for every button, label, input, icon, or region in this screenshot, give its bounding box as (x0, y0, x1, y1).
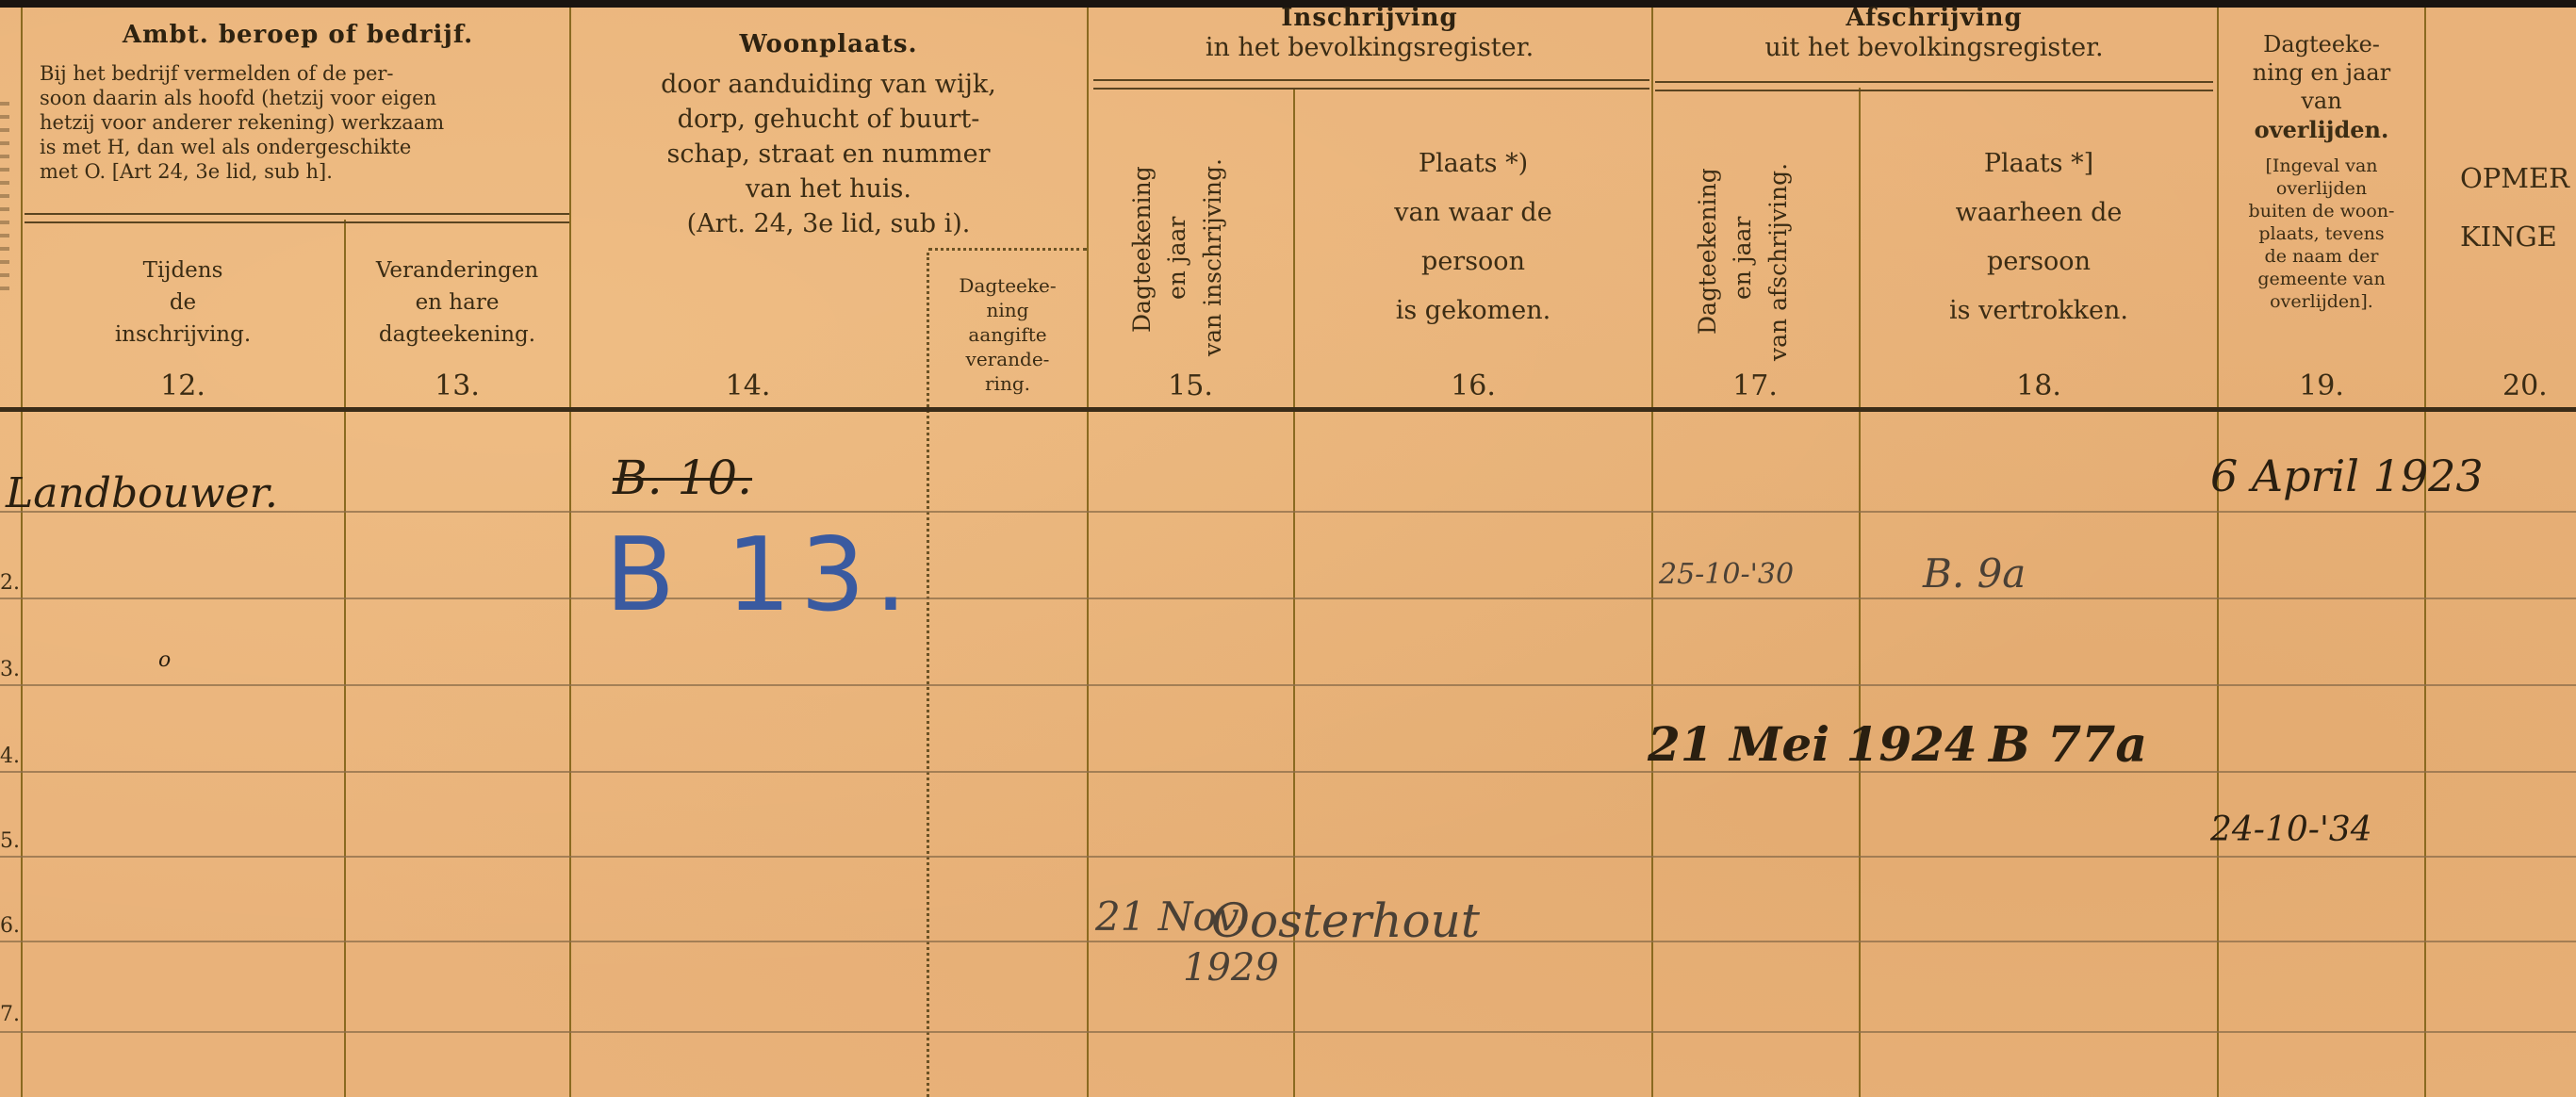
header-col-14b-line: ring. (930, 371, 1085, 396)
header-col-20-number: 20. (2502, 369, 2548, 402)
header-col-14b-line: Dagteeke- (930, 273, 1085, 298)
header-ambt-desc-2: soon daarin als hoofd (hetzij voor eigen (40, 86, 556, 110)
entry-overlijden-row5: 24-10-'34 (2210, 810, 2372, 849)
header-col-17-number: 17. (1653, 369, 1857, 403)
header-col-16-number: 16. (1295, 369, 1651, 403)
header-col-15-line-1: Dagteekening (1126, 125, 1158, 333)
header-col-13: Veranderingen en hare dagteekening. (346, 254, 568, 351)
header-col-14b-line: ning (930, 298, 1085, 322)
header-col-16-line: is gekomen. (1295, 287, 1651, 336)
row-number: 3. (0, 658, 20, 681)
header-col-12-line: de (23, 287, 343, 319)
header-col-13-line: en hare (346, 287, 568, 319)
header-col-16: Plaats *) van waar de persoon is gekomen… (1295, 139, 1651, 336)
header-col-18: Plaats *] waarheen de persoon is vertrok… (1861, 139, 2217, 336)
rule-row-7 (0, 1031, 2576, 1033)
rule-dotted-14 (927, 253, 929, 1097)
row-number: 5. (0, 829, 20, 853)
header-col-14-line: van het huis. (571, 172, 1086, 206)
header-col-17-line-3: van afschrijving. (1763, 106, 1795, 361)
header-col-16-line: Plaats *) (1295, 139, 1651, 188)
binding-edge (0, 102, 9, 300)
row-number: 4. (0, 745, 20, 768)
header-col-14-line: dorp, gehucht of buurt- (571, 102, 1086, 137)
header-afschrijving-subtitle: uit het bevolkingsregister. (1653, 33, 2215, 63)
header-col-12: Tijdens de inschrijving. (23, 254, 343, 351)
header-col-19-bold: overlijden. (2219, 115, 2424, 145)
register-page: Ambt. beroep of bedrijf. Bij het bedrijf… (0, 8, 2576, 1097)
header-col-15-line-3: van inschrijving. (1197, 106, 1229, 356)
header-col-14-line: (Art. 24, 3e lid, sub i). (571, 206, 1086, 241)
header-col-14: Woonplaats. door aanduiding van wijk, do… (571, 30, 1086, 241)
header-col-20-line: KINGE (2460, 207, 2569, 266)
entry-mark: o (158, 648, 171, 672)
entry-afschrijving-date-row2: 25-10-'30 (1659, 558, 1794, 591)
header-col-20-line: OPMER (2460, 149, 2569, 207)
header-col-18-line: Plaats *] (1861, 139, 2217, 188)
header-col-14b-line: aangifte (930, 322, 1085, 347)
header-col-16-line: persoon (1295, 237, 1651, 287)
rule-group-afschrijving (1655, 81, 2213, 91)
header-ambt-desc-1: Bij het bedrijf vermelden of de per- (40, 61, 556, 86)
header-col-14b: Dagteeke- ning aangifte verande- ring. (930, 273, 1085, 396)
header-col-13-line: Veranderingen (346, 254, 568, 287)
header-col-19-note: de naam der (2219, 245, 2424, 268)
entry-afschrijving-place-row2: B. 9a (1923, 550, 2026, 597)
rule-group-12-13 (25, 213, 569, 223)
header-col-19-note: overlijden (2219, 177, 2424, 200)
header-col-19: Dagteeke- ning en jaar van overlijden. [… (2219, 30, 2424, 313)
rule-row-5 (0, 856, 2576, 858)
header-col-20: OPMER KINGE (2460, 149, 2569, 266)
header-ambt-title: Ambt. beroep of bedrijf. (28, 21, 567, 50)
header-col-19-note: plaats, tevens (2219, 222, 2424, 245)
header-col-18-line: is vertrokken. (1861, 287, 2217, 336)
header-ambt-desc-4: is met H, dan wel als ondergeschikte (40, 135, 556, 159)
header-col-14b-line: verande- (930, 347, 1085, 371)
header-col-16-line: van waar de (1295, 188, 1651, 237)
header-ambt-desc-3: hetzij voor anderer rekening) werkzaam (40, 110, 556, 135)
row-number: 7. (0, 1003, 20, 1026)
header-col-19-note: [Ingeval van (2219, 155, 2424, 177)
header-afschrijving: Afschrijving uit het bevolkingsregister. (1653, 4, 2215, 64)
header-col-19-number: 19. (2219, 369, 2424, 403)
header-ambt-desc-5: met O. [Art 24, 3e lid, sub h]. (40, 159, 556, 184)
header-col-13-number: 13. (346, 369, 568, 403)
header-afschrijving-title: Afschrijving (1653, 4, 2215, 33)
header-ambt: Ambt. beroep of bedrijf. Bij het bedrijf… (28, 21, 567, 184)
header-col-19-note: gemeente van (2219, 268, 2424, 290)
header-col-15-number: 15. (1089, 369, 1292, 403)
header-col-12-number: 12. (23, 369, 343, 403)
rule-v-16-17 (1651, 8, 1653, 1097)
header-col-14-line: schap, straat en nummer (571, 137, 1086, 172)
header-col-18-line: waarheen de (1861, 188, 2217, 237)
header-col-14-title: Woonplaats. (571, 30, 1086, 59)
header-col-17-line-1: Dagteekening (1692, 125, 1724, 335)
header-col-14-number: 14. (571, 369, 925, 403)
entry-address-blue: B 13. (605, 516, 916, 634)
header-col-18-number: 18. (1861, 369, 2217, 403)
header-inschrijving: Inschrijving in het bevolkingsregister. (1089, 4, 1650, 64)
rule-group-inschrijving (1093, 79, 1649, 90)
entry-inschrijving-place-row6: Oosterhout (1211, 893, 1480, 948)
row-number: 2. (0, 571, 20, 595)
row-number: 6. (0, 914, 20, 938)
header-col-17-line-2: en jaar (1727, 177, 1759, 300)
rule-row-2 (0, 598, 2576, 599)
header-col-19-note: overlijden]. (2219, 290, 2424, 313)
rule-row-3 (0, 684, 2576, 686)
entry-overlijden-row1: 6 April 1923 (2210, 450, 2484, 501)
header-col-14-line: door aanduiding van wijk, (571, 67, 1086, 102)
header-col-19-note: buiten de woon- (2219, 200, 2424, 222)
rule-v-14-15 (1087, 8, 1089, 1097)
rule-row-1 (0, 511, 2576, 513)
rule-header-bottom (0, 407, 2576, 412)
header-col-19-line: Dagteeke- (2219, 30, 2424, 58)
header-col-13-line: dagteekening. (346, 319, 568, 351)
rule-v-left (21, 8, 23, 1097)
header-col-18-line: persoon (1861, 237, 2217, 287)
entry-address-struck: B. 10. (613, 450, 752, 505)
header-col-19-line: van (2219, 87, 2424, 115)
rule-v-19-20 (2424, 8, 2426, 1097)
entry-inschrijving-year-row6: 1929 (1183, 946, 1279, 990)
header-col-19-line: ning en jaar (2219, 58, 2424, 87)
rule-dotted-14-top (928, 248, 1087, 251)
entry-afschrijving-place-row4: B 77a (1989, 716, 2147, 774)
entry-afschrijving-date-row4: 21 Mei 1924 (1648, 716, 1977, 772)
rule-v-12-13 (344, 220, 346, 1097)
entry-occupation: Landbouwer. (6, 469, 278, 517)
rule-row-4 (0, 771, 2576, 773)
header-inschrijving-title: Inschrijving (1089, 4, 1650, 33)
header-col-12-line: Tijdens (23, 254, 343, 287)
header-col-15-line-2: en jaar (1161, 177, 1193, 300)
header-inschrijving-subtitle: in het bevolkingsregister. (1089, 33, 1650, 63)
header-col-12-line: inschrijving. (23, 319, 343, 351)
